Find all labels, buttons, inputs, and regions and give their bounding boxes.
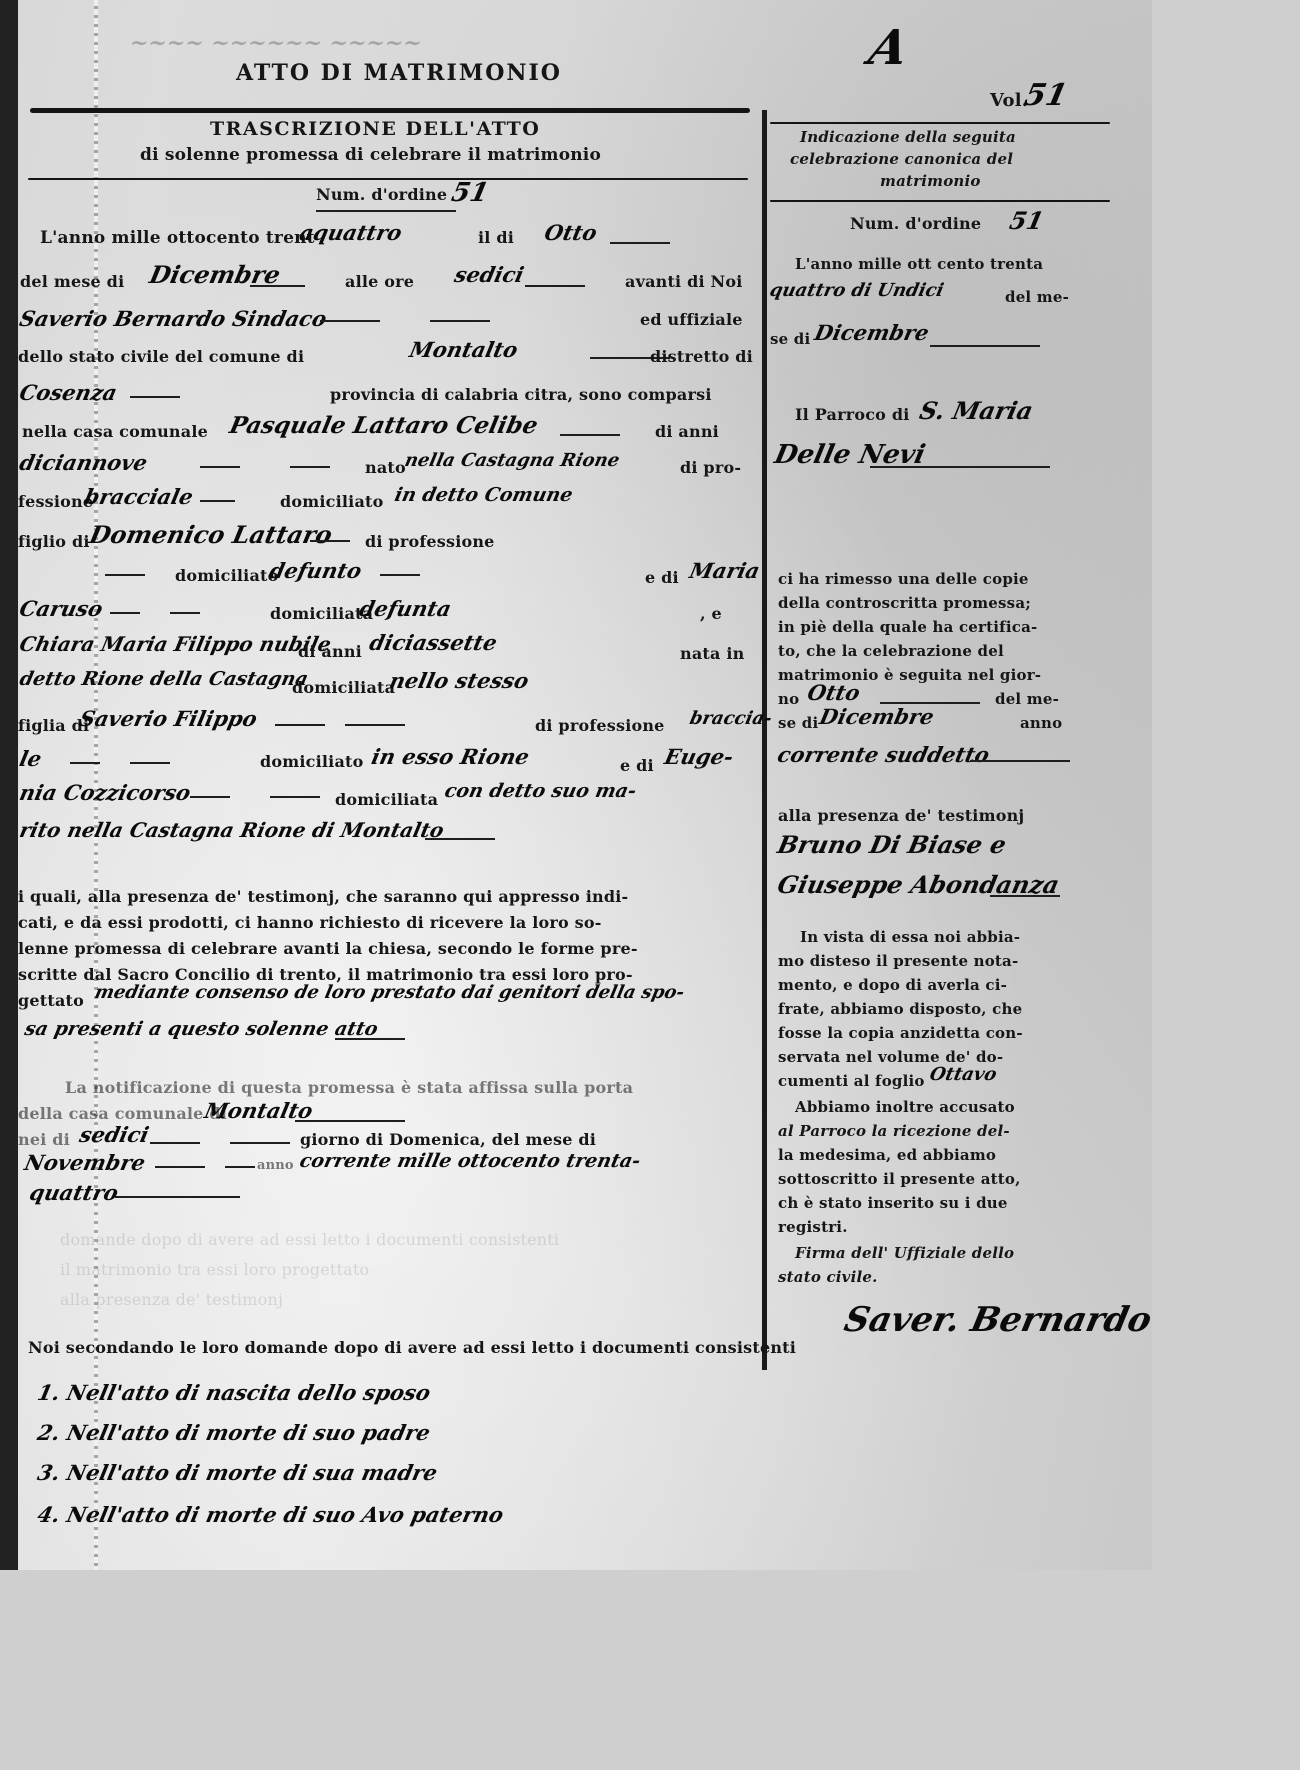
sidebar-year-printed: L'anno mille ott cento trenta <box>795 255 1043 273</box>
sidebar-text: frate, abbiamo disposto, che <box>778 1000 1022 1018</box>
documents-intro: Noi secondando le loro domande dopo di a… <box>28 1338 796 1357</box>
fill-line <box>200 500 235 502</box>
fill-line <box>610 242 670 244</box>
groom-father: Domenico Lattaro <box>87 520 335 549</box>
form-line-4-printed2: distretto di <box>650 347 753 366</box>
document-item: 4. Nell'atto di morte di suo Avo paterno <box>35 1502 505 1527</box>
document-item: 2. Nell'atto di morte di suo padre <box>35 1420 432 1445</box>
sidebar-month-hand: Dicembre <box>812 320 931 345</box>
bleed-through-text: domande dopo di avere ad essi letto i do… <box>60 1230 559 1249</box>
paragraph-line: lenne promessa di celebrare avanti la ch… <box>18 939 638 958</box>
fill-line <box>155 1166 205 1168</box>
fill-line <box>560 434 620 436</box>
fill-line <box>200 466 240 468</box>
folio-label: cumenti al foglio <box>778 1072 925 1090</box>
witness-label: alla presenza de' testimonj <box>778 806 1024 825</box>
sidebar-text: ch è stato inserito su i due <box>778 1194 1008 1212</box>
signature-label-2: stato civile. <box>778 1268 878 1286</box>
fill-line <box>105 574 145 576</box>
fill-line <box>270 796 320 798</box>
bride-age: diciassette <box>367 630 499 655</box>
groom-domicile: in detto Comune <box>393 484 575 506</box>
fill-line <box>290 466 330 468</box>
form-line-2-hour: sedici <box>452 262 526 287</box>
fill-line <box>425 838 495 840</box>
groom-father-status: defunto <box>267 558 364 583</box>
sidebar-year-printed2: del me- <box>1005 288 1069 306</box>
bride-domicile: nello stesso <box>387 668 531 693</box>
sidebar-order-number: 51 <box>1007 206 1047 235</box>
fill-line <box>70 762 100 764</box>
sidebar-text: In vista di essa noi abbia- <box>800 928 1020 946</box>
groom-birthplace: nella Castagna Rione <box>403 450 622 471</box>
sidebar-year2-hand: corrente suddetto <box>775 742 991 767</box>
column-divider <box>762 110 767 1370</box>
sidebar-heading-line: matrimonio <box>880 172 981 190</box>
form-line-1-printed2: il di <box>478 228 514 247</box>
form-line-9-printed: figlio di <box>18 532 90 551</box>
fill-line <box>170 612 200 614</box>
form-line-1-day: Otto <box>542 220 599 245</box>
notification-year-end: quattro <box>27 1180 120 1205</box>
document-item: 3. Nell'atto di morte di sua madre <box>35 1460 439 1485</box>
officer-name: Saverio Bernardo Sindaco <box>17 306 329 331</box>
document-page: ~~~~ ~~~~~~ ~~~~~ ATTO DI MATRIMONIO A V… <box>0 0 1152 1570</box>
parroco-label: Il Parroco di <box>795 405 909 424</box>
paragraph-line: cati, e da essi prodotti, ci hanno richi… <box>18 913 602 932</box>
sidebar-heading-line: Indicazione della seguita <box>800 128 1016 146</box>
form-line-7-printed: nato <box>365 458 406 477</box>
fill-line <box>130 762 170 764</box>
notification-line: La notificazione di questa promessa è st… <box>65 1078 633 1097</box>
bride-mother-domicile-end: rito nella Castagna Rione di Montalto <box>17 818 446 842</box>
fill-line <box>430 320 490 322</box>
bride-father-profession-end: le <box>17 746 44 771</box>
signature-label: Firma dell' Uffiziale dello <box>795 1244 1014 1262</box>
form-line-15-printed2: e di <box>620 756 654 775</box>
sidebar-text: to, che la celebrazione del <box>778 642 1004 660</box>
sidebar-month2-printed2: anno <box>1020 714 1062 732</box>
fill-line <box>115 1196 240 1198</box>
transcription-heading: TRASCRIZIONE DELL'ATTO <box>210 118 540 140</box>
bride-father: Saverio Filippo <box>77 706 259 731</box>
page-title: ATTO DI MATRIMONIO <box>236 60 562 86</box>
subheading-rule <box>28 178 748 180</box>
paragraph-line: i quali, alla presenza de' testimonj, ch… <box>18 887 628 906</box>
sidebar-text: Abbiamo inoltre accusato <box>795 1098 1015 1116</box>
distretto-name: Cosenza <box>17 380 119 405</box>
sidebar-text: sottoscritto il presente atto, <box>778 1170 1021 1188</box>
subheading: di solenne promessa di celebrare il matr… <box>140 145 601 165</box>
form-line-1-printed: L'anno mille ottocento trent <box>40 228 315 248</box>
sidebar-top-rule <box>770 122 1110 124</box>
groom-name: Pasquale Lattaro Celibe <box>227 412 540 439</box>
form-line-7-printed2: di pro- <box>680 458 741 477</box>
header-rule <box>30 108 750 113</box>
sidebar-text: ci ha rimesso una delle copie <box>778 570 1029 588</box>
form-line-10-printed: domiciliato <box>175 566 278 585</box>
fill-line <box>130 396 180 398</box>
fill-line <box>930 345 1040 347</box>
form-line-15-printed: domiciliato <box>260 752 363 771</box>
notification-line: giorno di Domenica, del mese di <box>300 1130 596 1149</box>
form-line-11-printed2: , e <box>700 604 722 623</box>
sidebar-text: fosse la copia anzidetta con- <box>778 1024 1023 1042</box>
fill-line <box>230 1142 290 1144</box>
paragraph-line: gettato <box>18 991 84 1010</box>
comune-name: Montalto <box>407 337 520 362</box>
form-line-16-printed: domiciliata <box>335 790 438 809</box>
fill-line <box>190 796 230 798</box>
bride-name: Chiara Maria Filippo nubile <box>17 632 333 656</box>
bride-father-profession: braccia- <box>688 708 774 729</box>
fill-line <box>970 760 1070 762</box>
sidebar-text: in piè della quale ha certifica- <box>778 618 1037 636</box>
sidebar-month-printed: se di <box>770 330 810 348</box>
bride-mother-first: Euge- <box>662 744 735 769</box>
bride-mother-surname: nia Cozzicorso <box>17 780 193 805</box>
form-line-12-printed: di anni <box>298 642 362 661</box>
notification-line: della casa comunale di <box>18 1104 227 1123</box>
form-line-6-printed2: di anni <box>655 422 719 441</box>
sidebar-day-hand: Otto <box>805 680 862 705</box>
form-line-8-printed2: domiciliato <box>280 492 383 511</box>
fill-line <box>345 724 405 726</box>
fill-line <box>870 466 1050 468</box>
form-line-9-printed2: di professione <box>365 532 495 551</box>
bleed-through-text: alla presenza de' testimonj <box>60 1290 283 1309</box>
officer-signature: Saver. Bernardo <box>841 1300 1152 1340</box>
document-item: 1. Nell'atto di nascita dello sposo <box>35 1380 433 1405</box>
corner-mark: A <box>864 20 913 76</box>
bleed-through-text: il matrimonio tra essi loro progettato <box>60 1260 369 1279</box>
sidebar-order-label: Num. d'ordine <box>850 214 981 233</box>
paragraph-hand-line: sa presenti a questo solenne atto <box>23 1018 380 1040</box>
notification-year: corrente mille ottocento trenta- <box>298 1150 643 1172</box>
order-underline <box>316 210 456 212</box>
sidebar-text: mo disteso il presente nota- <box>778 952 1018 970</box>
form-line-2-printed: del mese di <box>20 272 124 291</box>
fill-line <box>990 895 1060 897</box>
groom-profession: bracciale <box>82 484 195 509</box>
notification-month: Novembre <box>22 1150 147 1175</box>
fill-line <box>310 540 350 542</box>
fill-line <box>150 1142 200 1144</box>
volume-number: 51 <box>1021 78 1070 113</box>
notification-line: anno <box>257 1158 294 1173</box>
notification-day: sedici <box>77 1122 151 1147</box>
form-line-2-printed3: avanti di Noi <box>625 272 743 291</box>
sidebar-heading-line: celebrazione canonica del <box>790 150 1013 168</box>
form-line-12-printed2: nata in <box>680 644 744 663</box>
fill-line <box>320 320 380 322</box>
groom-age: diciannove <box>17 450 149 475</box>
order-number: 51 <box>449 178 492 208</box>
bleed-through-text: ~~~~ ~~~~~~ ~~~~~ <box>127 30 424 56</box>
fill-line <box>110 612 140 614</box>
bride-father-domicile: in esso Rione <box>369 744 531 769</box>
fill-line <box>295 1120 405 1122</box>
witness-1: Bruno Di Biase e <box>775 830 1009 859</box>
sidebar-text: al Parroco la ricezione del- <box>778 1122 1010 1140</box>
bride-mother-domicile: con detto suo ma- <box>443 780 639 802</box>
binding-edge <box>0 0 18 1570</box>
groom-mother-surname: Caruso <box>17 596 105 621</box>
sidebar-text: la medesima, ed abbiamo <box>778 1146 996 1164</box>
sidebar-day-printed: no <box>778 690 799 708</box>
notification-line: nei di <box>18 1130 70 1149</box>
form-line-4-printed: dello stato civile del comune di <box>18 347 304 366</box>
form-line-6-printed: nella casa comunale <box>22 422 208 441</box>
groom-mother-status: defunta <box>357 596 453 621</box>
sidebar-text: registri. <box>778 1218 848 1236</box>
fill-line <box>525 285 585 287</box>
form-line-10-printed2: e di <box>645 568 679 587</box>
form-line-1-year: aquattro <box>297 220 404 245</box>
folio-number: Ottavo <box>928 1064 999 1085</box>
sidebar-text: mento, e dopo di averla ci- <box>778 976 1007 994</box>
sidebar-day-printed2: del me- <box>995 690 1059 708</box>
form-line-2-printed2: alle ore <box>345 272 414 291</box>
paragraph-hand-line: mediante consenso de loro prestato dai g… <box>93 982 686 1003</box>
fill-line <box>250 285 305 287</box>
groom-mother-first: Maria <box>687 558 762 583</box>
sidebar-text: della controscritta promessa; <box>778 594 1031 612</box>
fill-line <box>275 724 325 726</box>
form-line-3-printed: ed uffiziale <box>640 310 743 329</box>
fill-line <box>225 1166 255 1168</box>
sidebar-month2-printed: se di <box>778 714 818 732</box>
sidebar-heading-rule <box>770 200 1110 202</box>
sidebar-year-hand: quattro di Undici <box>768 280 946 301</box>
bride-birthplace: detto Rione della Castagna <box>18 668 310 690</box>
sidebar-month2-hand: Dicembre <box>817 704 936 729</box>
order-label: Num. d'ordine <box>316 185 447 204</box>
fill-line <box>335 1038 405 1040</box>
fill-line <box>380 574 420 576</box>
parroco-church: S. Maria <box>917 396 1036 425</box>
form-line-5-printed: provincia di calabria citra, sono compar… <box>330 385 712 404</box>
form-line-13-printed: domiciliata <box>292 678 395 697</box>
form-line-14-printed2: di professione <box>535 716 665 735</box>
